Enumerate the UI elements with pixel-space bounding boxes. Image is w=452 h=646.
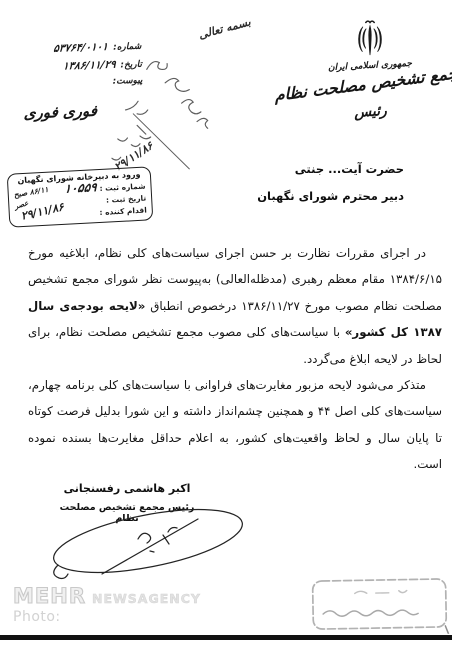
stamp-number-value: ۱۰۵۵۹ — [64, 181, 98, 195]
mehr-logo-text: MEHR — [13, 584, 86, 608]
number-value: ۵۳۷۶۴/۰۱۰۱ — [53, 41, 109, 55]
letter-body: در اجرای مقررات نظارت بر حسن اجرای سیاست… — [28, 240, 442, 478]
letterhead-role: رئیس — [353, 103, 387, 121]
letterhead: جمهوری اسلامی ایران مجمع تشخیص مصلحت نظا… — [290, 20, 450, 120]
signatory-name: اکبر هاشمی رفسنجانی — [58, 482, 196, 495]
photo-label: Photo: — [13, 609, 61, 625]
iran-emblem-icon — [353, 20, 387, 58]
recipient-name: حضرت آیت... جنتی — [257, 162, 404, 176]
urgency-note: فوری فوری — [23, 102, 97, 123]
signature-scribble — [46, 499, 251, 584]
paragraph-2: متذکر می‌شود لایحه مزبور مغایرت‌های فراو… — [28, 372, 442, 478]
stamp-handler-label: اقدام کننده : — [99, 205, 147, 219]
faint-archive-stamp — [311, 576, 452, 636]
scanned-letter-page: شماره: ۵۳۷۶۴/۰۱۰۱ تاریخ: ۱۳۸۶/۱۱/۲۹ پیوس… — [0, 0, 452, 646]
mehr-watermark: MEHR NEWSAGENCY — [13, 584, 201, 608]
recipient-title: دبیر محترم شورای نگهبان — [257, 189, 404, 203]
entry-stamp: ورود به دبیرخانه شورای نگهبان شماره ثبت … — [7, 166, 154, 227]
bismillah-note: بسمه تعالی — [197, 15, 252, 41]
stamp-row-handler: اقدام کننده : ۲۹/۱۱/۸۶ — [15, 205, 147, 224]
bottom-divider-bar — [0, 635, 452, 640]
mehr-logo-suffix: NEWSAGENCY — [92, 591, 201, 606]
recipient-block: حضرت آیت... جنتی دبیر محترم شورای نگهبان — [257, 162, 404, 203]
paragraph-1: در اجرای مقررات نظارت بر حسن اجرای سیاست… — [28, 240, 442, 372]
